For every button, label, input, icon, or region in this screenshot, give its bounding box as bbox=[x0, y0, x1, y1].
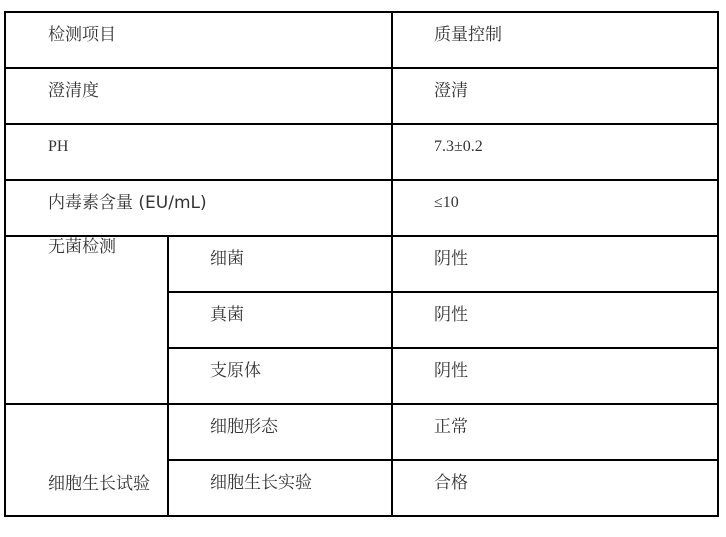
value-label: 阴性 bbox=[393, 293, 717, 325]
table-row: 澄清度 澄清 bbox=[5, 68, 718, 124]
value-label: 合格 bbox=[393, 461, 717, 493]
subitem-cell: 细胞形态 bbox=[168, 404, 392, 460]
item-cell: 澄清度 bbox=[5, 68, 392, 124]
subitem-label: 细胞生长实验 bbox=[169, 461, 391, 493]
value-label: 正常 bbox=[393, 405, 717, 437]
quality-control-table: 检测项目 质量控制 澄清度 澄清 PH 7.3±0.2 内毒素含量 (EU/mL… bbox=[4, 11, 719, 517]
subitem-label: 细胞形态 bbox=[169, 405, 391, 437]
value-cell: 正常 bbox=[392, 404, 718, 460]
item-label: PH bbox=[6, 125, 391, 157]
group-label-cell: 无菌检测 bbox=[5, 236, 168, 404]
subitem-label: 支原体 bbox=[169, 349, 391, 381]
header-item-label: 检测项目 bbox=[6, 13, 391, 45]
value-label: ≤10 bbox=[393, 181, 717, 213]
value-label: 澄清 bbox=[393, 69, 717, 101]
subitem-cell: 真菌 bbox=[168, 292, 392, 348]
header-control-label: 质量控制 bbox=[393, 13, 717, 45]
value-cell: 澄清 bbox=[392, 68, 718, 124]
value-cell: ≤10 bbox=[392, 180, 718, 236]
table-row: 无菌检测 细菌 阴性 bbox=[5, 236, 718, 292]
value-cell: 阴性 bbox=[392, 236, 718, 292]
table-row: 内毒素含量 (EU/mL) ≤10 bbox=[5, 180, 718, 236]
group-label: 细胞生长试验 bbox=[6, 405, 167, 494]
value-label: 阴性 bbox=[393, 237, 717, 269]
value-label: 阴性 bbox=[393, 349, 717, 381]
subitem-cell: 支原体 bbox=[168, 348, 392, 404]
subitem-label: 细菌 bbox=[169, 237, 391, 269]
header-control-cell: 质量控制 bbox=[392, 12, 718, 68]
value-cell: 7.3±0.2 bbox=[392, 124, 718, 180]
value-cell: 阴性 bbox=[392, 292, 718, 348]
subitem-cell: 细菌 bbox=[168, 236, 392, 292]
item-label: 内毒素含量 (EU/mL) bbox=[6, 181, 391, 213]
group-label-cell: 细胞生长试验 bbox=[5, 404, 168, 516]
item-cell: 内毒素含量 (EU/mL) bbox=[5, 180, 392, 236]
table-row: 细胞生长试验 细胞形态 正常 bbox=[5, 404, 718, 460]
item-label: 澄清度 bbox=[6, 69, 391, 101]
item-cell: PH bbox=[5, 124, 392, 180]
subitem-cell: 细胞生长实验 bbox=[168, 460, 392, 516]
table-header-row: 检测项目 质量控制 bbox=[5, 12, 718, 68]
group-label: 无菌检测 bbox=[6, 237, 167, 257]
value-cell: 阴性 bbox=[392, 348, 718, 404]
table-row: PH 7.3±0.2 bbox=[5, 124, 718, 180]
header-item-cell: 检测项目 bbox=[5, 12, 392, 68]
value-cell: 合格 bbox=[392, 460, 718, 516]
subitem-label: 真菌 bbox=[169, 293, 391, 325]
value-label: 7.3±0.2 bbox=[393, 125, 717, 157]
